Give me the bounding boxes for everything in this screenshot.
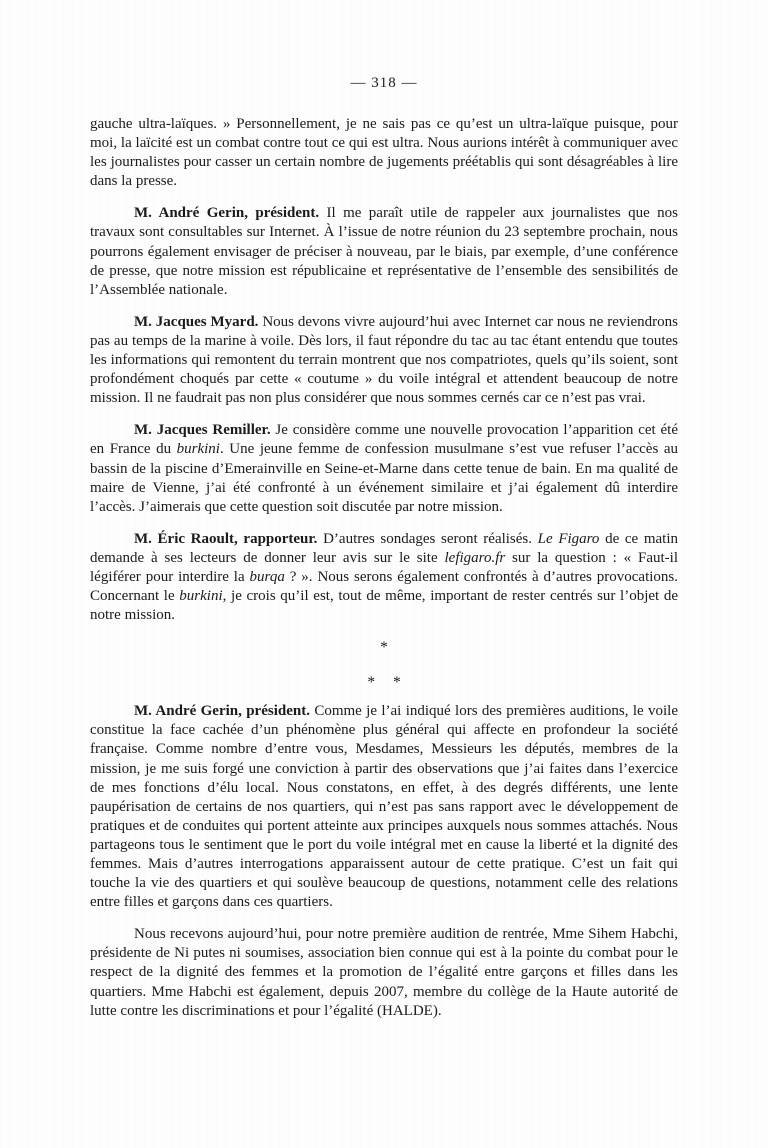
text-run: gauche ultra-laïques. » Personnellement,… xyxy=(90,116,678,189)
document-page: — 318 — gauche ultra-laïques. » Personne… xyxy=(0,0,768,1148)
italic-text-run: burqa xyxy=(250,569,285,585)
separator-asterisks: * xyxy=(90,638,678,657)
paragraph: gauche ultra-laïques. » Personnellement,… xyxy=(90,115,678,191)
document-body: gauche ultra-laïques. » Personnellement,… xyxy=(90,115,678,1021)
speaker-name: M. Jacques Remiller. xyxy=(134,422,275,438)
paragraph: M. Jacques Myard. Nous devons vivre aujo… xyxy=(90,313,678,408)
text-run: Nous recevons aujourd’hui, pour notre pr… xyxy=(90,926,678,1018)
paragraph: Nous recevons aujourd’hui, pour notre pr… xyxy=(90,925,678,1020)
speaker-name: M. André Gerin, président. xyxy=(134,703,314,719)
paragraph: M. Jacques Remiller. Je considère comme … xyxy=(90,421,678,516)
text-run: Comme je l’ai indiqué lors des premières… xyxy=(90,703,678,910)
paragraph: M. André Gerin, président. Comme je l’ai… xyxy=(90,702,678,912)
italic-text-run: lefigaro.fr xyxy=(445,550,506,566)
section-separator: ** * xyxy=(90,638,678,692)
italic-text-run: Le Figaro xyxy=(538,531,600,547)
italic-text-run: burkini xyxy=(179,588,222,604)
page-number: — 318 — xyxy=(90,74,678,93)
paragraph: M. Éric Raoult, rapporteur. D’autres son… xyxy=(90,530,678,625)
text-run: D’autres sondages seront réalisés. xyxy=(323,531,538,547)
speaker-name: M. Jacques Myard. xyxy=(134,314,262,330)
italic-text-run: burkini xyxy=(177,441,220,457)
page-content: — 318 — gauche ultra-laïques. » Personne… xyxy=(90,74,678,1034)
paragraph: M. André Gerin, président. Il me paraît … xyxy=(90,204,678,299)
separator-asterisks: * * xyxy=(90,673,678,692)
speaker-name: M. André Gerin, président. xyxy=(134,205,327,221)
speaker-name: M. Éric Raoult, rapporteur. xyxy=(134,531,323,547)
